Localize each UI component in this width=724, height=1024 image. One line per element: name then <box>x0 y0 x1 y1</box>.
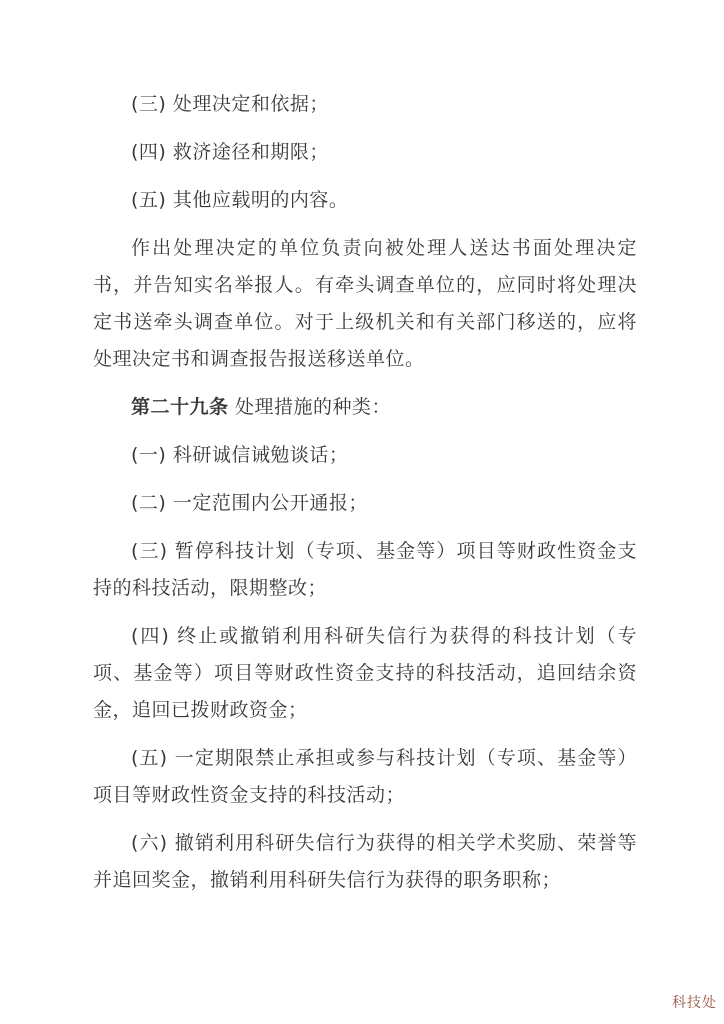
list-item-4b: (四) 终止或撤销利用科研失信行为获得的科技计划（专项、基金等）项目等财政性资金… <box>93 618 637 729</box>
document-body: (三) 处理决定和依据； (四) 救济途径和期限； (五) 其他应载明的内容。 … <box>93 86 637 910</box>
list-item-3b: (三) 暂停科技计划（专项、基金等）项目等财政性资金支持的科技活动，限期整改； <box>93 533 637 607</box>
article-heading-29: 第二十九条 处理措施的种类： <box>93 389 637 426</box>
list-item-3: (三) 处理决定和依据； <box>93 86 637 123</box>
list-item-5: (五) 其他应载明的内容。 <box>93 182 637 219</box>
list-item-4: (四) 救济途径和期限； <box>93 134 637 171</box>
list-item-5b: (五) 一定期限禁止承担或参与科技计划（专项、基金等）项目等财政性资金支持的科技… <box>93 740 637 814</box>
list-item-6b: (六) 撤销利用科研失信行为获得的相关学术奖励、荣誉等并追回奖金，撤销利用科研失… <box>93 825 637 899</box>
document-page: (三) 处理决定和依据； (四) 救济途径和期限； (五) 其他应载明的内容。 … <box>0 0 724 1024</box>
list-item-1: (一) 科研诚信诫勉谈话； <box>93 437 637 474</box>
department-watermark: 科技处 <box>672 996 717 1011</box>
article-number: 第二十九条 <box>131 396 229 418</box>
paragraph-decision-delivery: 作出处理决定的单位负责向被处理人送达书面处理决定书，并告知实名举报人。有牵头调查… <box>93 230 637 378</box>
list-item-2: (二) 一定范围内公开通报； <box>93 485 637 522</box>
article-title: 处理措施的种类： <box>229 396 392 418</box>
